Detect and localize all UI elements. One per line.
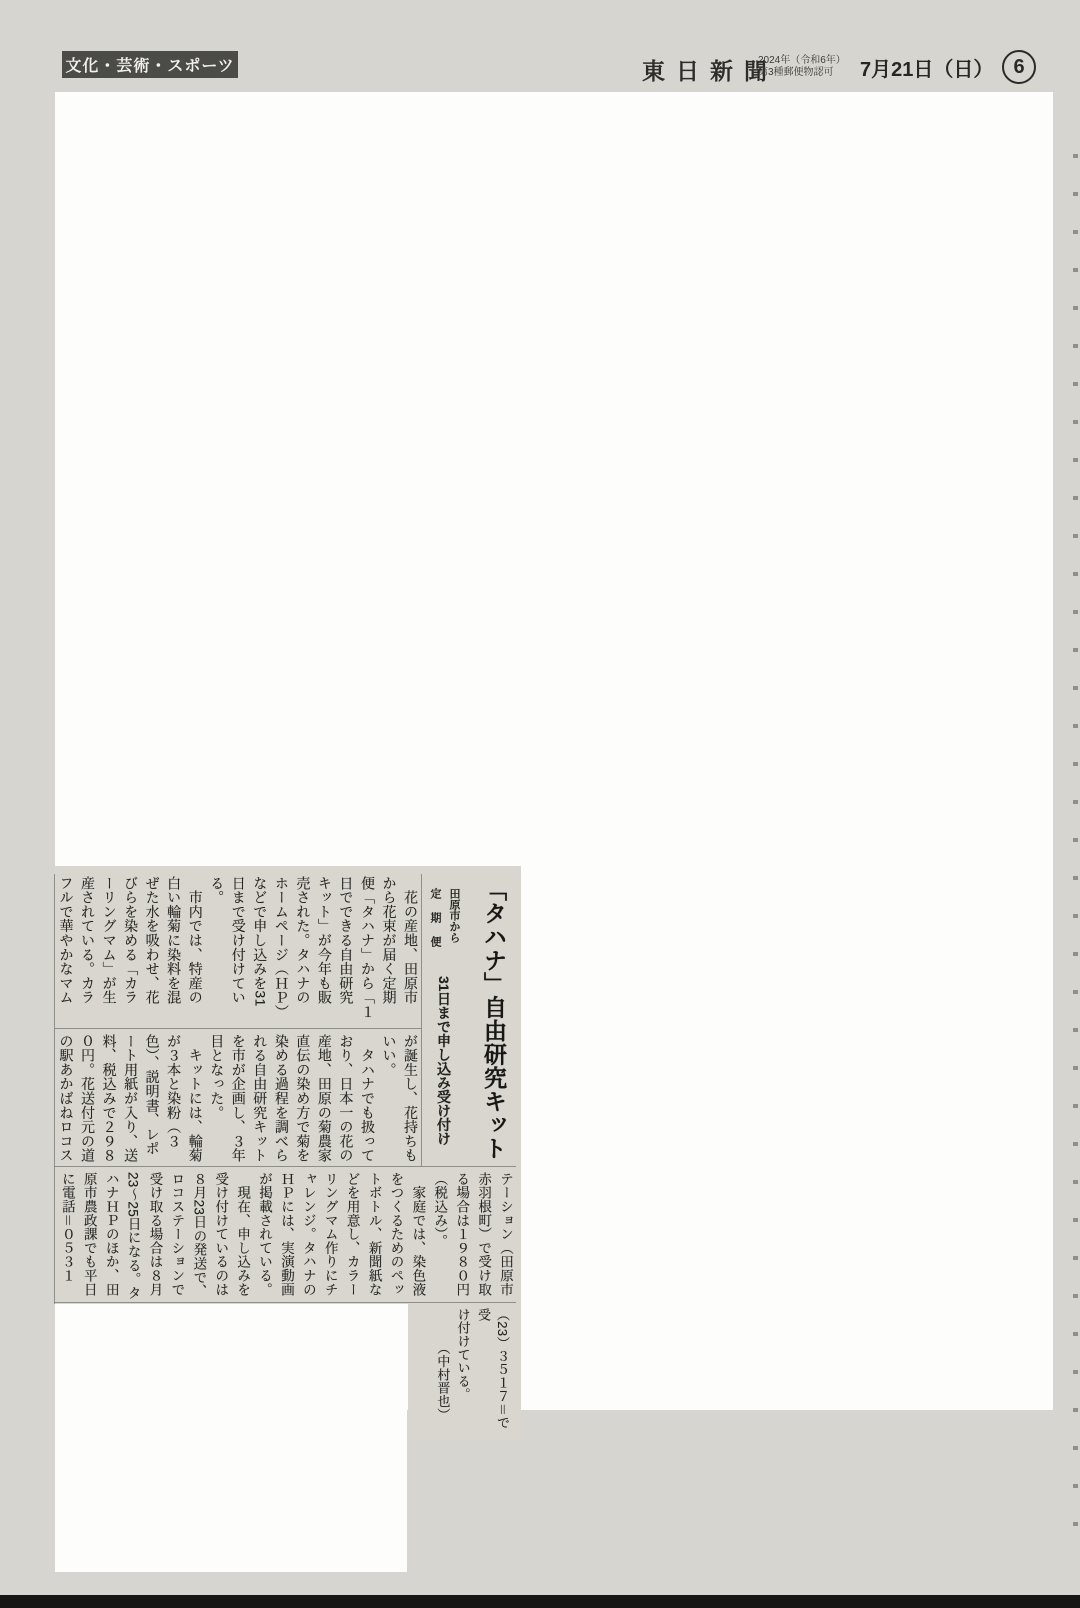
section-label-box: 文化・芸術・スポーツ bbox=[62, 51, 238, 78]
article-text-column: ぜた水を吸わせ、花 bbox=[141, 876, 163, 1026]
band2-band3-rule bbox=[55, 1166, 516, 1167]
article-text-column: を市が企画し、３年 bbox=[227, 1034, 249, 1164]
article-text-column: ８月23日の発送で、 bbox=[186, 1172, 208, 1300]
article-text-column: タハナでも扱って bbox=[356, 1034, 378, 1164]
article-text-column: ０円。花送付元の道 bbox=[77, 1034, 99, 1164]
article-text-column: 料、税込みで２９８ bbox=[98, 1034, 120, 1164]
article-text-column: どを用意し、カラー bbox=[340, 1172, 362, 1300]
article-text-column: テーション（田原市 bbox=[493, 1172, 515, 1300]
article-text-column: が３本と染粉（３ bbox=[163, 1034, 185, 1164]
article-text-column: 便「タハナ」から「１ bbox=[356, 876, 378, 1026]
article-text-column: おり、日本一の花の bbox=[335, 1034, 357, 1164]
article-text-column: から花束が届く定期 bbox=[378, 876, 400, 1026]
article-text-column: フルで華やかなマム bbox=[55, 876, 77, 1026]
article-text-column: る場合は１９８０円 bbox=[449, 1172, 471, 1300]
band1-band2-rule bbox=[55, 1028, 421, 1029]
article-text-column: トボトル、新聞紙な bbox=[362, 1172, 384, 1300]
page-number: 6 bbox=[1013, 56, 1024, 79]
article-text-column: キットには、輪菊 bbox=[184, 1034, 206, 1164]
article-text-column: ーリングマム」が生 bbox=[98, 876, 120, 1026]
page-number-badge: 6 bbox=[1002, 50, 1036, 84]
article-text-column: （中村晋也） bbox=[432, 1308, 452, 1434]
article-text-column: が誕生し、花持ちも bbox=[399, 1034, 421, 1164]
article-text-column: が掲載されている。 bbox=[252, 1172, 274, 1300]
article-text-column: などで申し込みを31 bbox=[249, 876, 271, 1026]
article-text-column: びらを染める「カラ bbox=[120, 876, 142, 1026]
blanked-content-area-bottom bbox=[55, 1410, 407, 1572]
credential-line-2: 第3種郵便物認可 bbox=[758, 67, 846, 79]
article-text-column: （税込み）。 bbox=[427, 1172, 449, 1300]
scan-edge-bar bbox=[0, 1595, 1080, 1608]
article-text-column: 花の産地、田原市 bbox=[399, 876, 421, 1026]
article-text-column: 染める過程を調べら bbox=[270, 1034, 292, 1164]
article-text-column: 現在、申し込みを bbox=[230, 1172, 252, 1300]
article-text-column: リングマム作りにチ bbox=[318, 1172, 340, 1300]
article-body-band-1: 花の産地、田原市から花束が届く定期便「タハナ」から「１日でできる自由研究キット」… bbox=[55, 876, 421, 1026]
article-text-column: に電話＝０５３１ bbox=[55, 1172, 77, 1300]
article-text-column: ＨＰには、実演動画 bbox=[274, 1172, 296, 1300]
subhead-small-right: 田原市から bbox=[443, 888, 462, 974]
article-text-column: キット」が今年も販 bbox=[313, 876, 335, 1026]
article-text-column: 売された。タハナの bbox=[292, 876, 314, 1026]
article-text-column: 受け取る場合は８月 bbox=[143, 1172, 165, 1300]
article-text-column: 市内では、特産の bbox=[184, 876, 206, 1026]
headline-separator-rule bbox=[421, 874, 422, 1166]
credential-line-1: 2024年（令和6年） bbox=[758, 55, 846, 67]
article-body-band-3: テーション（田原市赤羽根町）で受け取る場合は１９８０円（税込み）。 家庭では、染… bbox=[55, 1172, 515, 1300]
article-text-column: 白い輪菊に染料を混 bbox=[163, 876, 185, 1026]
edition-credentials: 2024年（令和6年） 第3種郵便物認可 bbox=[758, 55, 846, 79]
article-text-column: け付けている。 bbox=[452, 1308, 472, 1434]
article-text-column: 色）、説明書、レポ bbox=[141, 1034, 163, 1164]
article-text-column: 原市農政課でも平日 bbox=[77, 1172, 99, 1300]
article-text-column: いい。 bbox=[378, 1034, 400, 1164]
article-text-column: 受け付けているのは bbox=[208, 1172, 230, 1300]
article-text-column: 家庭では、染色液 bbox=[405, 1172, 427, 1300]
article-text-column: ート用紙が入り、送 bbox=[120, 1034, 142, 1164]
article-text-column: 23〜25日になる。タ bbox=[121, 1172, 143, 1300]
scan-edge-marks bbox=[1073, 120, 1078, 1550]
newspaper-scan-page: 文化・芸術・スポーツ 東日新聞 2024年（令和6年） 第3種郵便物認可 7月2… bbox=[0, 0, 1080, 1608]
article-subhead-small: 田原市から 定期便 bbox=[424, 888, 462, 974]
issue-date: 7月21日（日） bbox=[860, 53, 993, 82]
article-text-column: 産地、田原の菊農家 bbox=[313, 1034, 335, 1164]
article-text-column: ハナＨＰのほか、田 bbox=[99, 1172, 121, 1300]
article-text-column: ホームページ（ＨＰ） bbox=[270, 876, 292, 1026]
article-text-column: の駅あかばねロコス bbox=[55, 1034, 77, 1164]
article-text-column: 産されている。カラ bbox=[77, 876, 99, 1026]
article-body-band-4: （23）３５１７＝で受け付けている。 （中村晋也） bbox=[432, 1308, 512, 1434]
band3-band4-rule bbox=[55, 1302, 516, 1303]
article-text-column: 直伝の染め方で菊を bbox=[292, 1034, 314, 1164]
article-text-column: 目となった。 bbox=[206, 1034, 228, 1164]
article-text-column: ロコステーションで bbox=[165, 1172, 187, 1300]
article-text-column: ャレンジ。タハナの bbox=[296, 1172, 318, 1300]
article-text-column: る。 bbox=[206, 876, 228, 1026]
article-text-column: れる自由研究キット bbox=[249, 1034, 271, 1164]
article-text-column: をつくるためのペッ bbox=[384, 1172, 406, 1300]
article-text-column: 赤羽根町）で受け取 bbox=[471, 1172, 493, 1300]
section-label: 文化・芸術・スポーツ bbox=[65, 53, 234, 76]
subhead-small-left: 定期便 bbox=[424, 888, 443, 974]
article-subhead-main: 31日まで申し込み受け付け bbox=[428, 976, 458, 1166]
article-text-column: 日まで受け付けてい bbox=[227, 876, 249, 1026]
article-text-column: （23）３５１７＝で受 bbox=[473, 1308, 512, 1434]
article-text-column: 日でできる自由研究 bbox=[335, 876, 357, 1026]
article-body-band-2: が誕生し、花持ちもいい。 タハナでも扱っており、日本一の花の産地、田原の菊農家直… bbox=[55, 1034, 421, 1164]
article-headline: 「タハナ」自由研究キット bbox=[464, 878, 520, 1170]
